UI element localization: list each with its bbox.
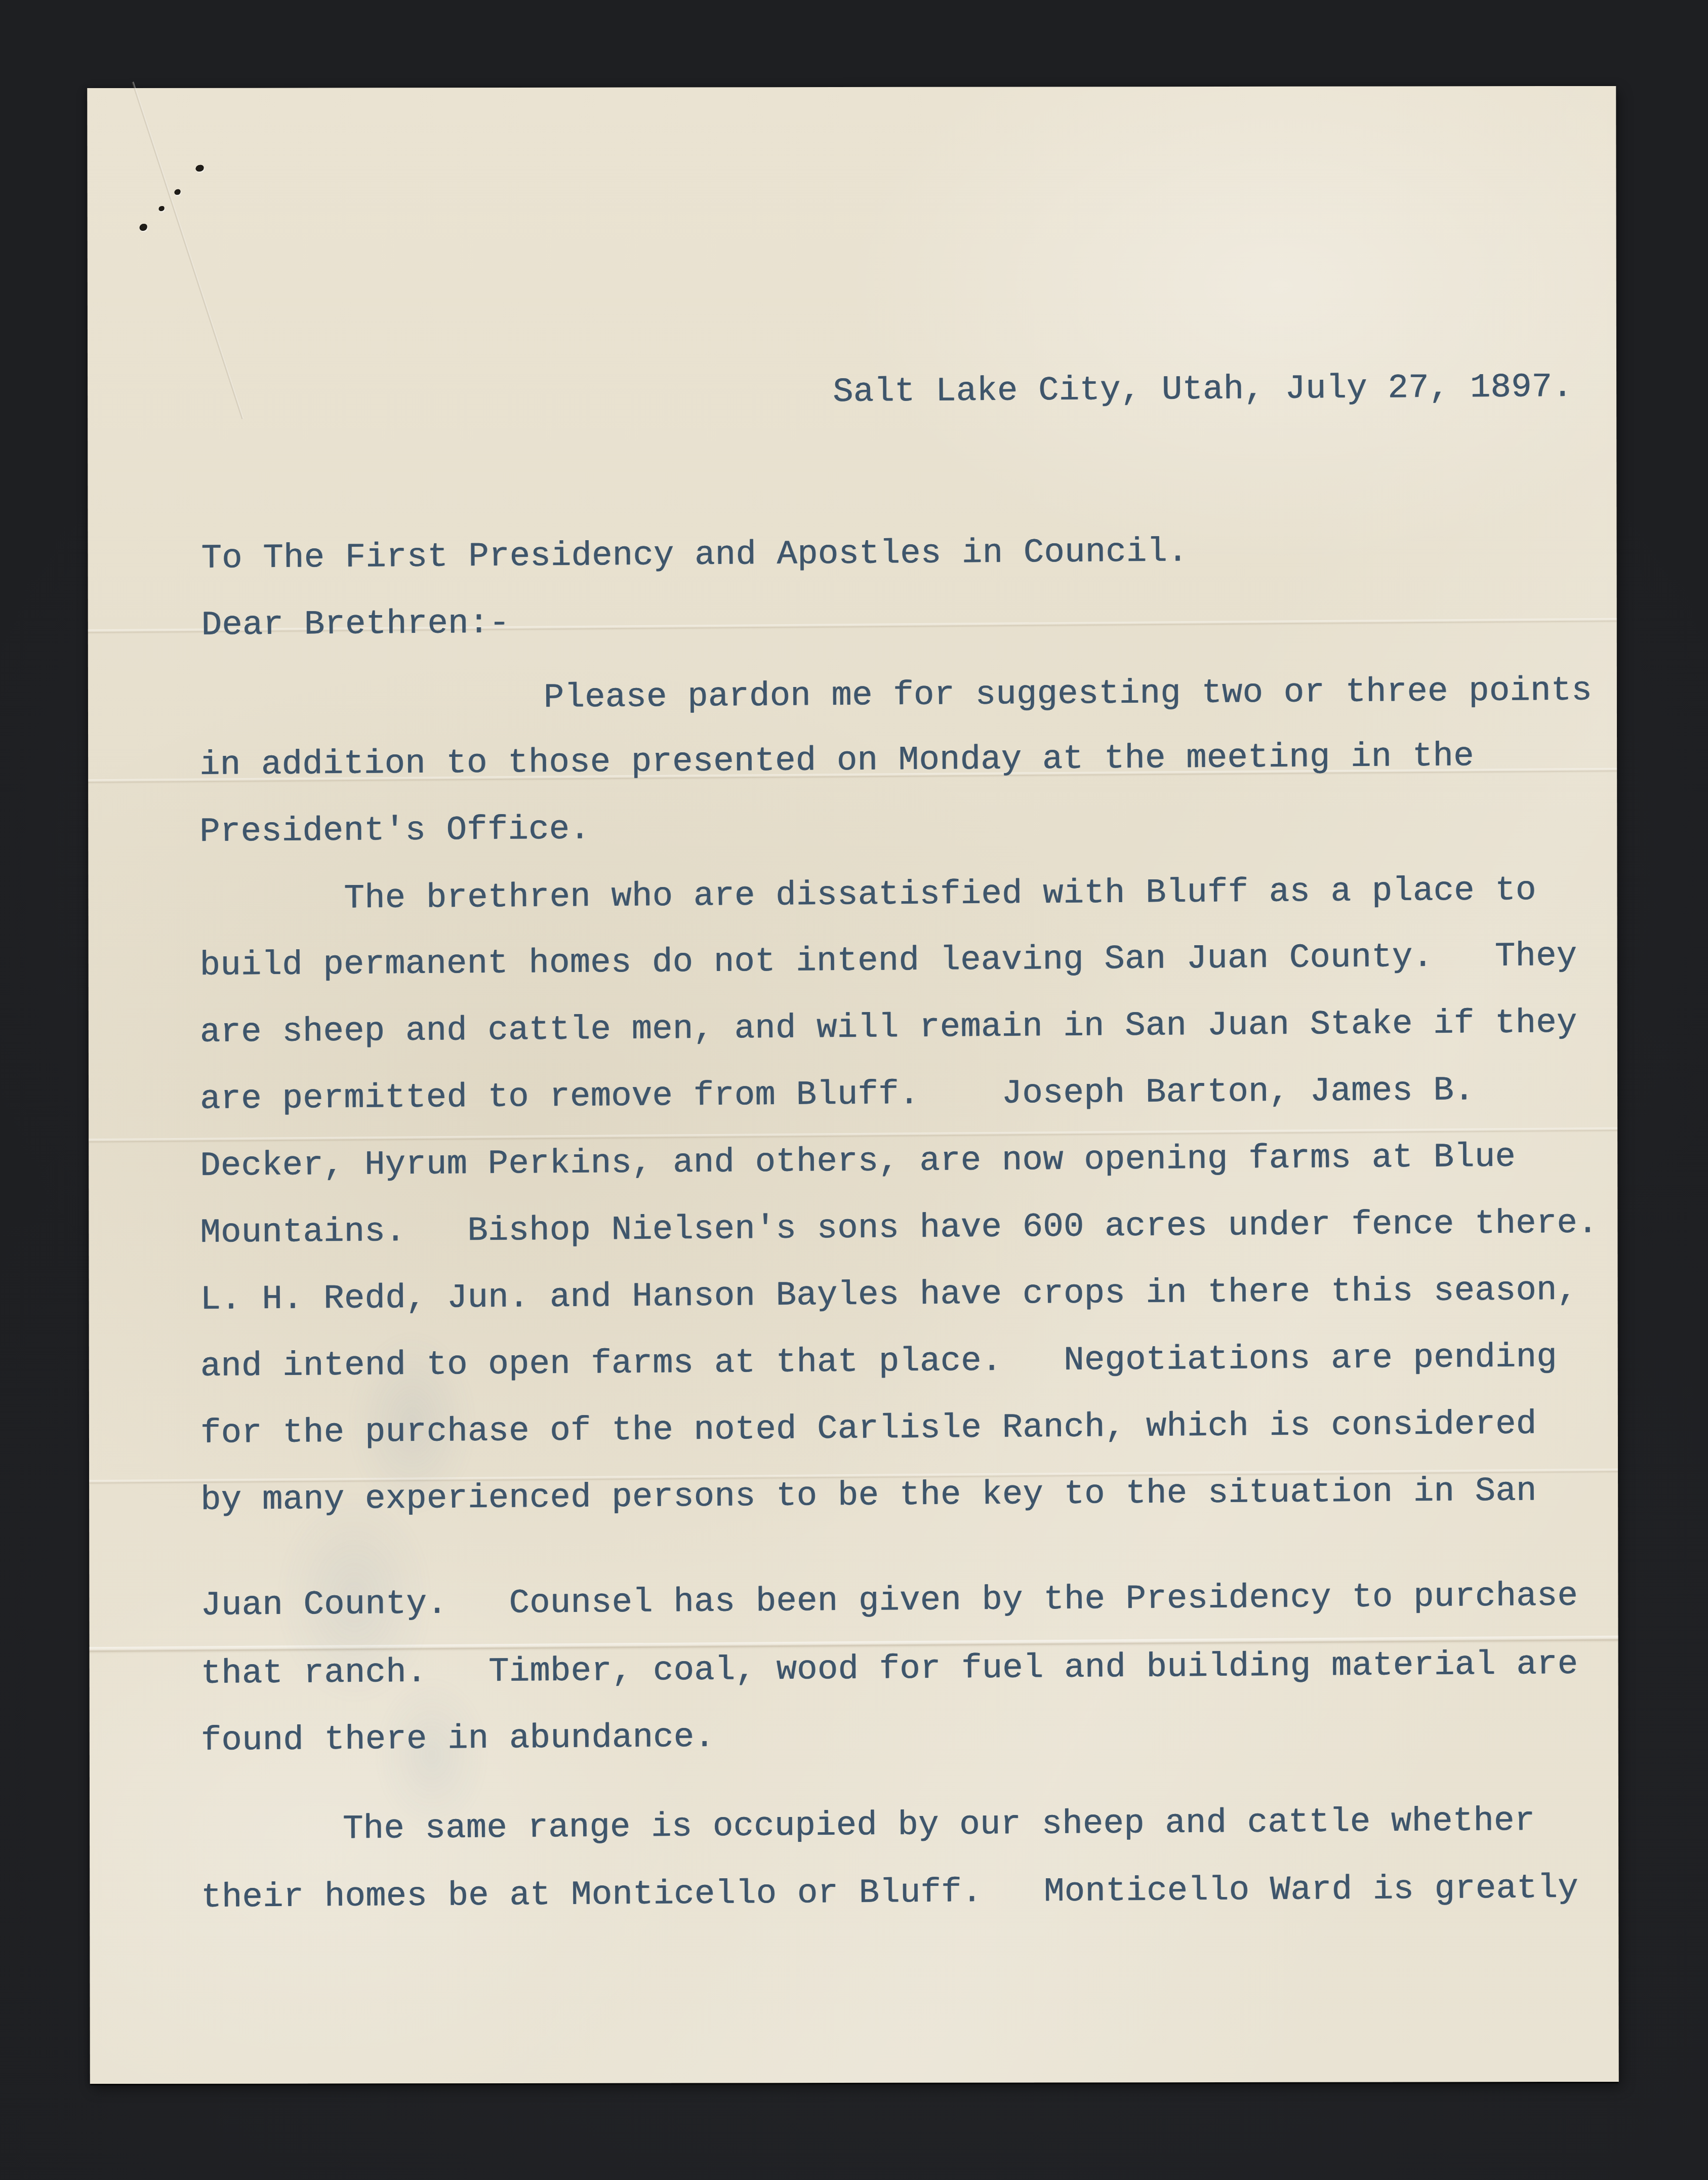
salutation-line: Dear Brethren:-: [201, 603, 510, 646]
body-line: Please pardon me for suggesting two or t…: [544, 670, 1592, 718]
pin-hole: [175, 189, 181, 195]
body-line: President's Office.: [199, 809, 590, 852]
body-line: and intend to open farms at that place. …: [200, 1337, 1557, 1387]
pin-hole: [140, 224, 147, 231]
corner-crease-line: [132, 82, 243, 419]
body-line: Decker, Hyrum Perkins, and others, are n…: [200, 1137, 1516, 1187]
body-line: for the purchase of the noted Carlisle R…: [200, 1404, 1537, 1454]
body-line: are permitted to remove from Bluff. Jose…: [200, 1070, 1475, 1120]
body-line: build permanent homes do not intend leav…: [199, 936, 1577, 986]
body-line: L. H. Redd, Jun. and Hanson Bayles have …: [200, 1270, 1577, 1320]
recipient-line: To The First Presidency and Apostles in …: [201, 532, 1188, 579]
body-line: their homes be at Monticello or Bluff. M…: [201, 1868, 1578, 1918]
body-line: by many experienced persons to be the ke…: [200, 1471, 1537, 1520]
date-line: Salt Lake City, Utah, July 27, 1897.: [833, 367, 1573, 413]
body-line: found there in abundance.: [201, 1717, 715, 1761]
body-line: Mountains. Bishop Nielsen's sons have 60…: [200, 1203, 1598, 1254]
body-line: Juan County. Counsel has been given by t…: [200, 1576, 1578, 1626]
letter-paper: Salt Lake City, Utah, July 27, 1897.To T…: [87, 86, 1619, 2084]
body-line: are sheep and cattle men, and will remai…: [200, 1003, 1577, 1053]
pin-hole: [159, 206, 165, 211]
body-line: The same range is occupied by our sheep …: [343, 1801, 1535, 1849]
pin-hole: [195, 165, 204, 172]
body-line: The brethren who are dissatisfied with B…: [344, 870, 1536, 919]
body-line: that ranch. Timber, coal, wood for fuel …: [200, 1644, 1578, 1694]
body-line: in addition to those presented on Monday…: [199, 736, 1474, 786]
